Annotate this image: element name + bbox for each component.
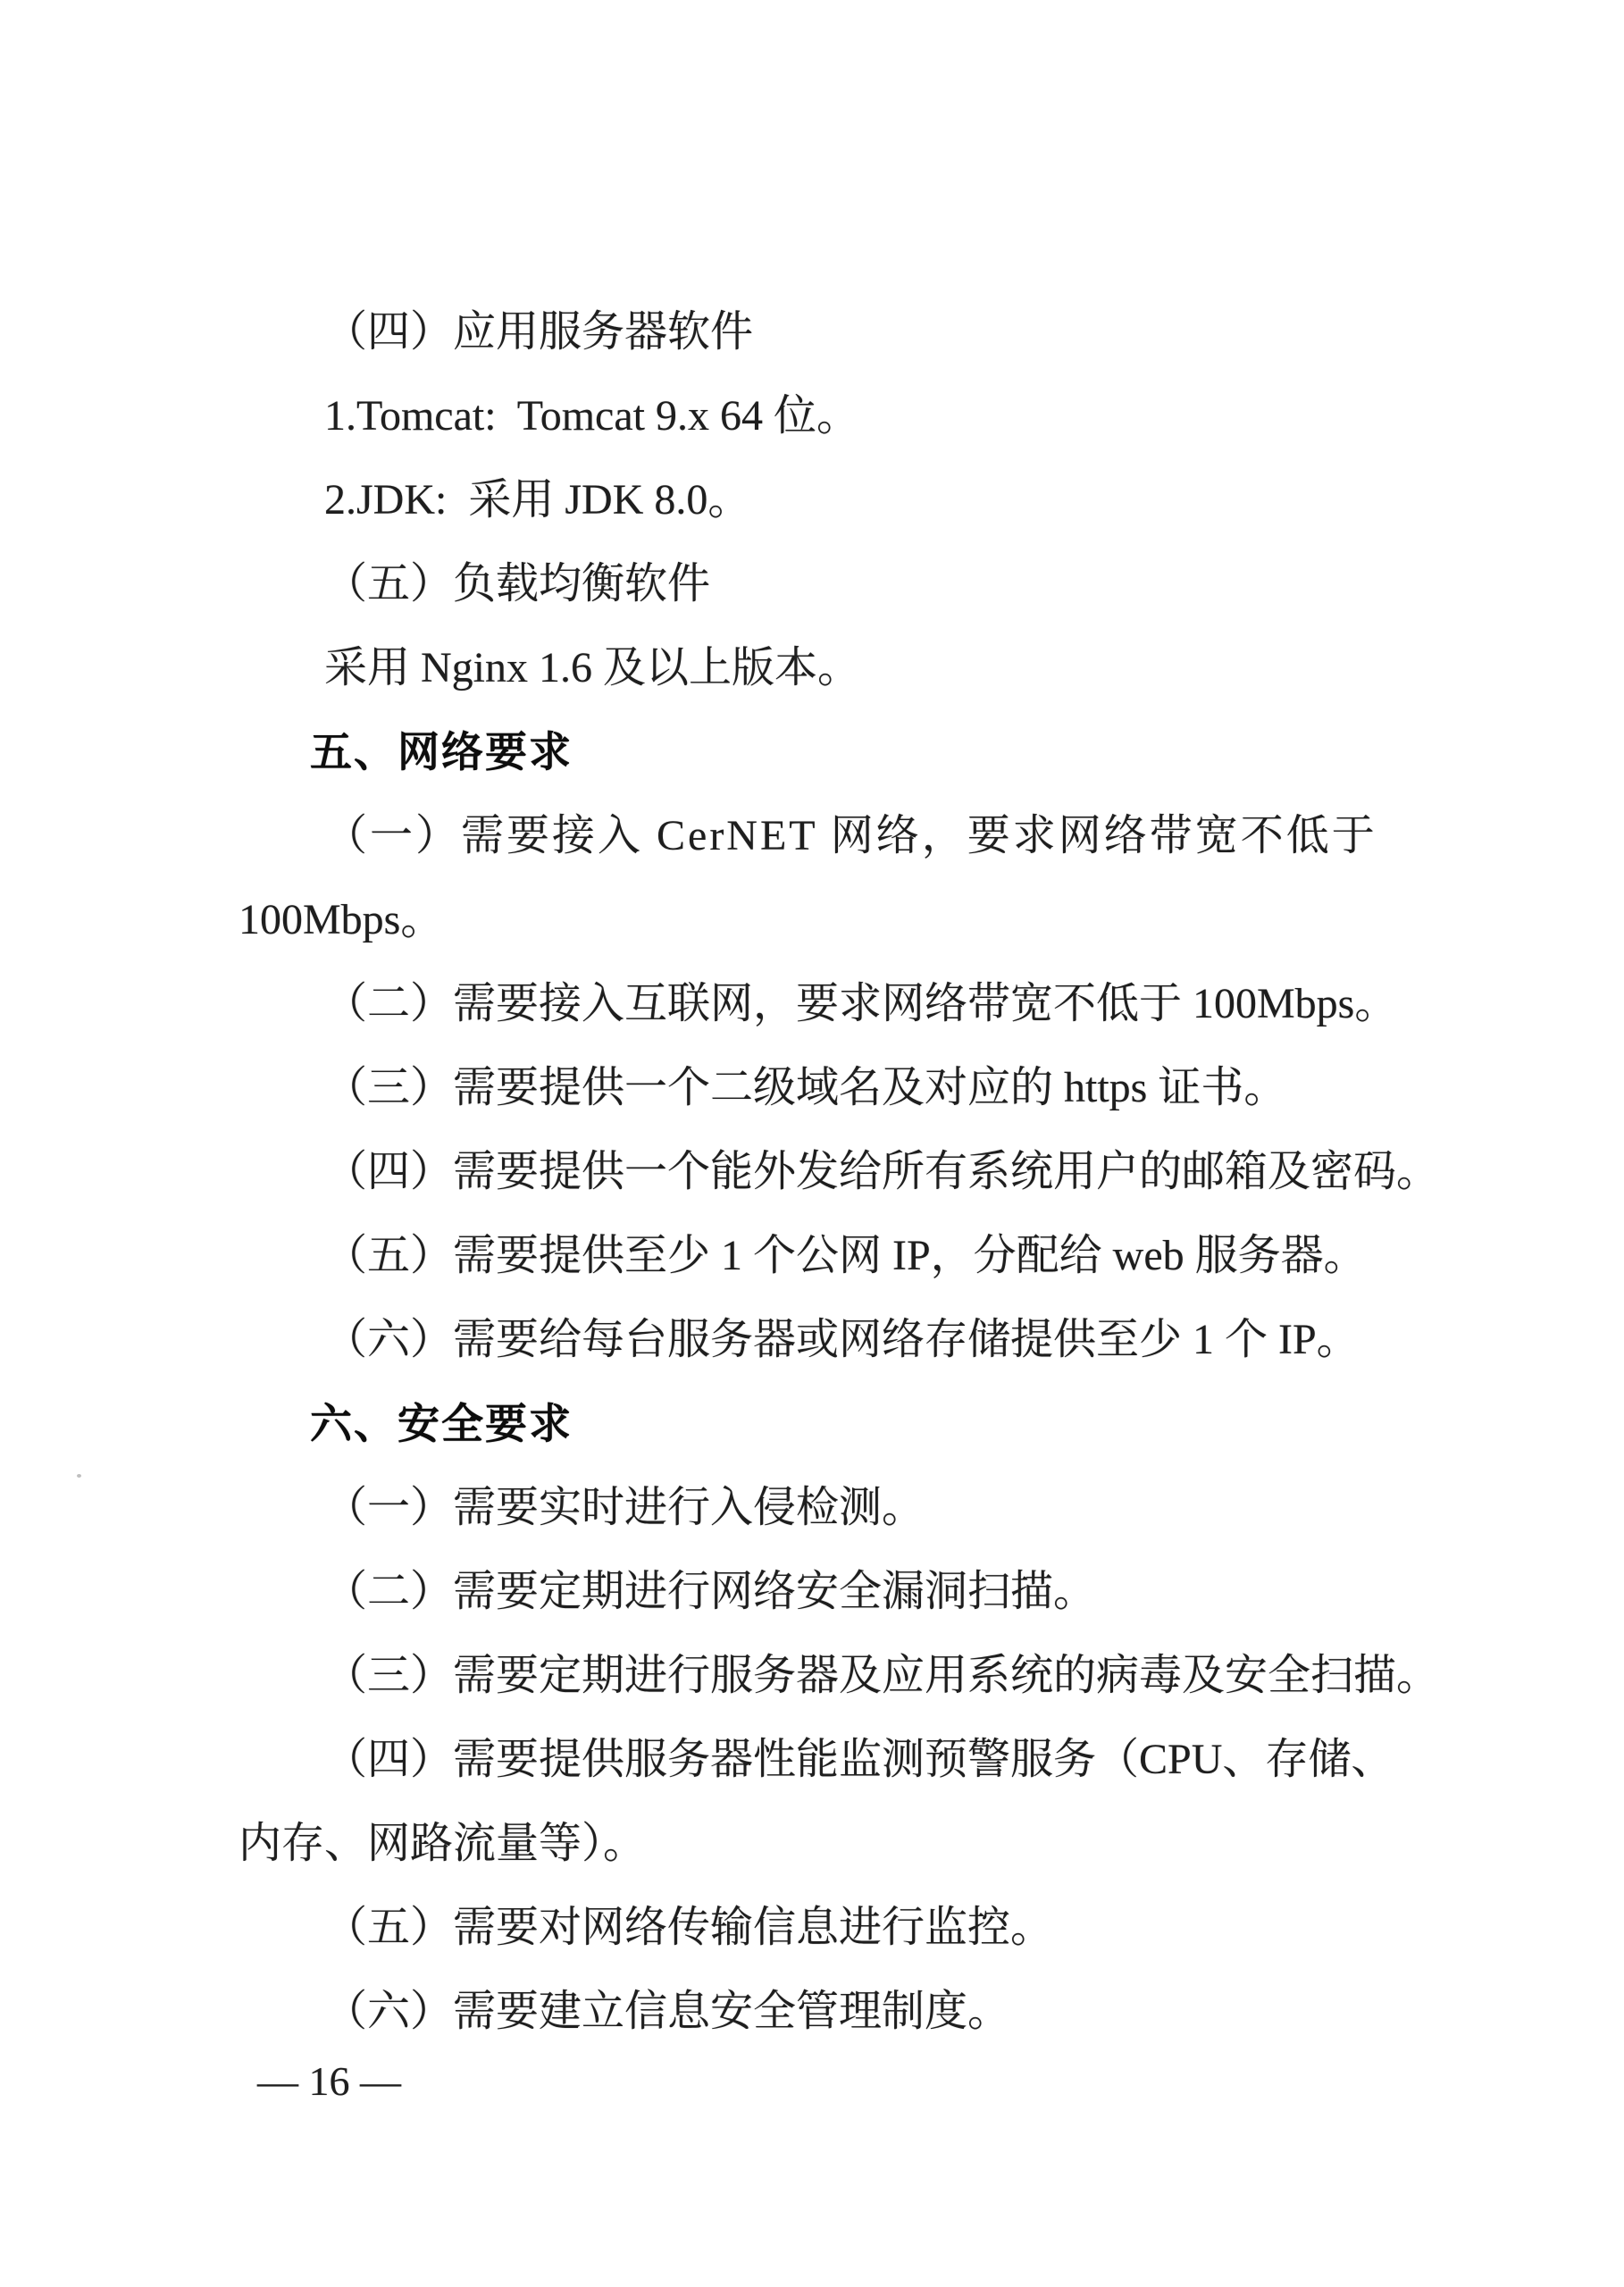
section-heading: 六、安全要求 — [239, 1382, 1400, 1466]
page-number: — 16 — — [257, 2053, 401, 2110]
document-page: （四）应用服务器软件 1.Tomcat: Tomcat 9.x 64 位。 2.… — [0, 0, 1624, 2287]
text-line: （五）需要提供至少 1 个公网 IP，分配给 web 服务器。 — [239, 1214, 1400, 1298]
text-line: （四）需要提供一个能外发给所有系统用户的邮箱及密码。 — [239, 1130, 1400, 1214]
text-line: （一）需要实时进行入侵检测。 — [239, 1466, 1400, 1550]
text-line: （四）应用服务器软件 — [239, 290, 1400, 374]
text-line: （三）需要定期进行服务器及应用系统的病毒及安全扫描。 — [239, 1634, 1400, 1718]
text-line: 采用 Nginx 1.6 及以上版本。 — [239, 626, 1400, 710]
text-line: （三）需要提供一个二级域名及对应的 https 证书。 — [239, 1046, 1400, 1130]
text-line: （一）需要接入 CerNET 网络，要求网络带宽不低于 — [239, 794, 1400, 878]
text-line: （五）负载均衡软件 — [239, 542, 1400, 626]
scan-speck — [77, 1474, 81, 1478]
text-line: 内存、网路流量等）。 — [239, 1802, 1400, 1886]
text-line: （五）需要对网络传输信息进行监控。 — [239, 1886, 1400, 1970]
text-line: （六）需要建立信息安全管理制度。 — [239, 1970, 1400, 2054]
text-line: （二）需要定期进行网络安全漏洞扫描。 — [239, 1550, 1400, 1634]
text-line: 2.JDK: 采用 JDK 8.0。 — [239, 458, 1400, 542]
text-line: （二）需要接入互联网，要求网络带宽不低于 100Mbps。 — [239, 962, 1400, 1046]
text-line: 100Mbps。 — [239, 878, 1400, 962]
text-line: 1.Tomcat: Tomcat 9.x 64 位。 — [239, 374, 1400, 458]
document-body: （四）应用服务器软件 1.Tomcat: Tomcat 9.x 64 位。 2.… — [239, 290, 1400, 2054]
text-line: （四）需要提供服务器性能监测预警服务（CPU、存储、 — [239, 1718, 1400, 1802]
text-line: （六）需要给每台服务器或网络存储提供至少 1 个 IP。 — [239, 1298, 1400, 1382]
section-heading: 五、网络要求 — [239, 710, 1400, 794]
